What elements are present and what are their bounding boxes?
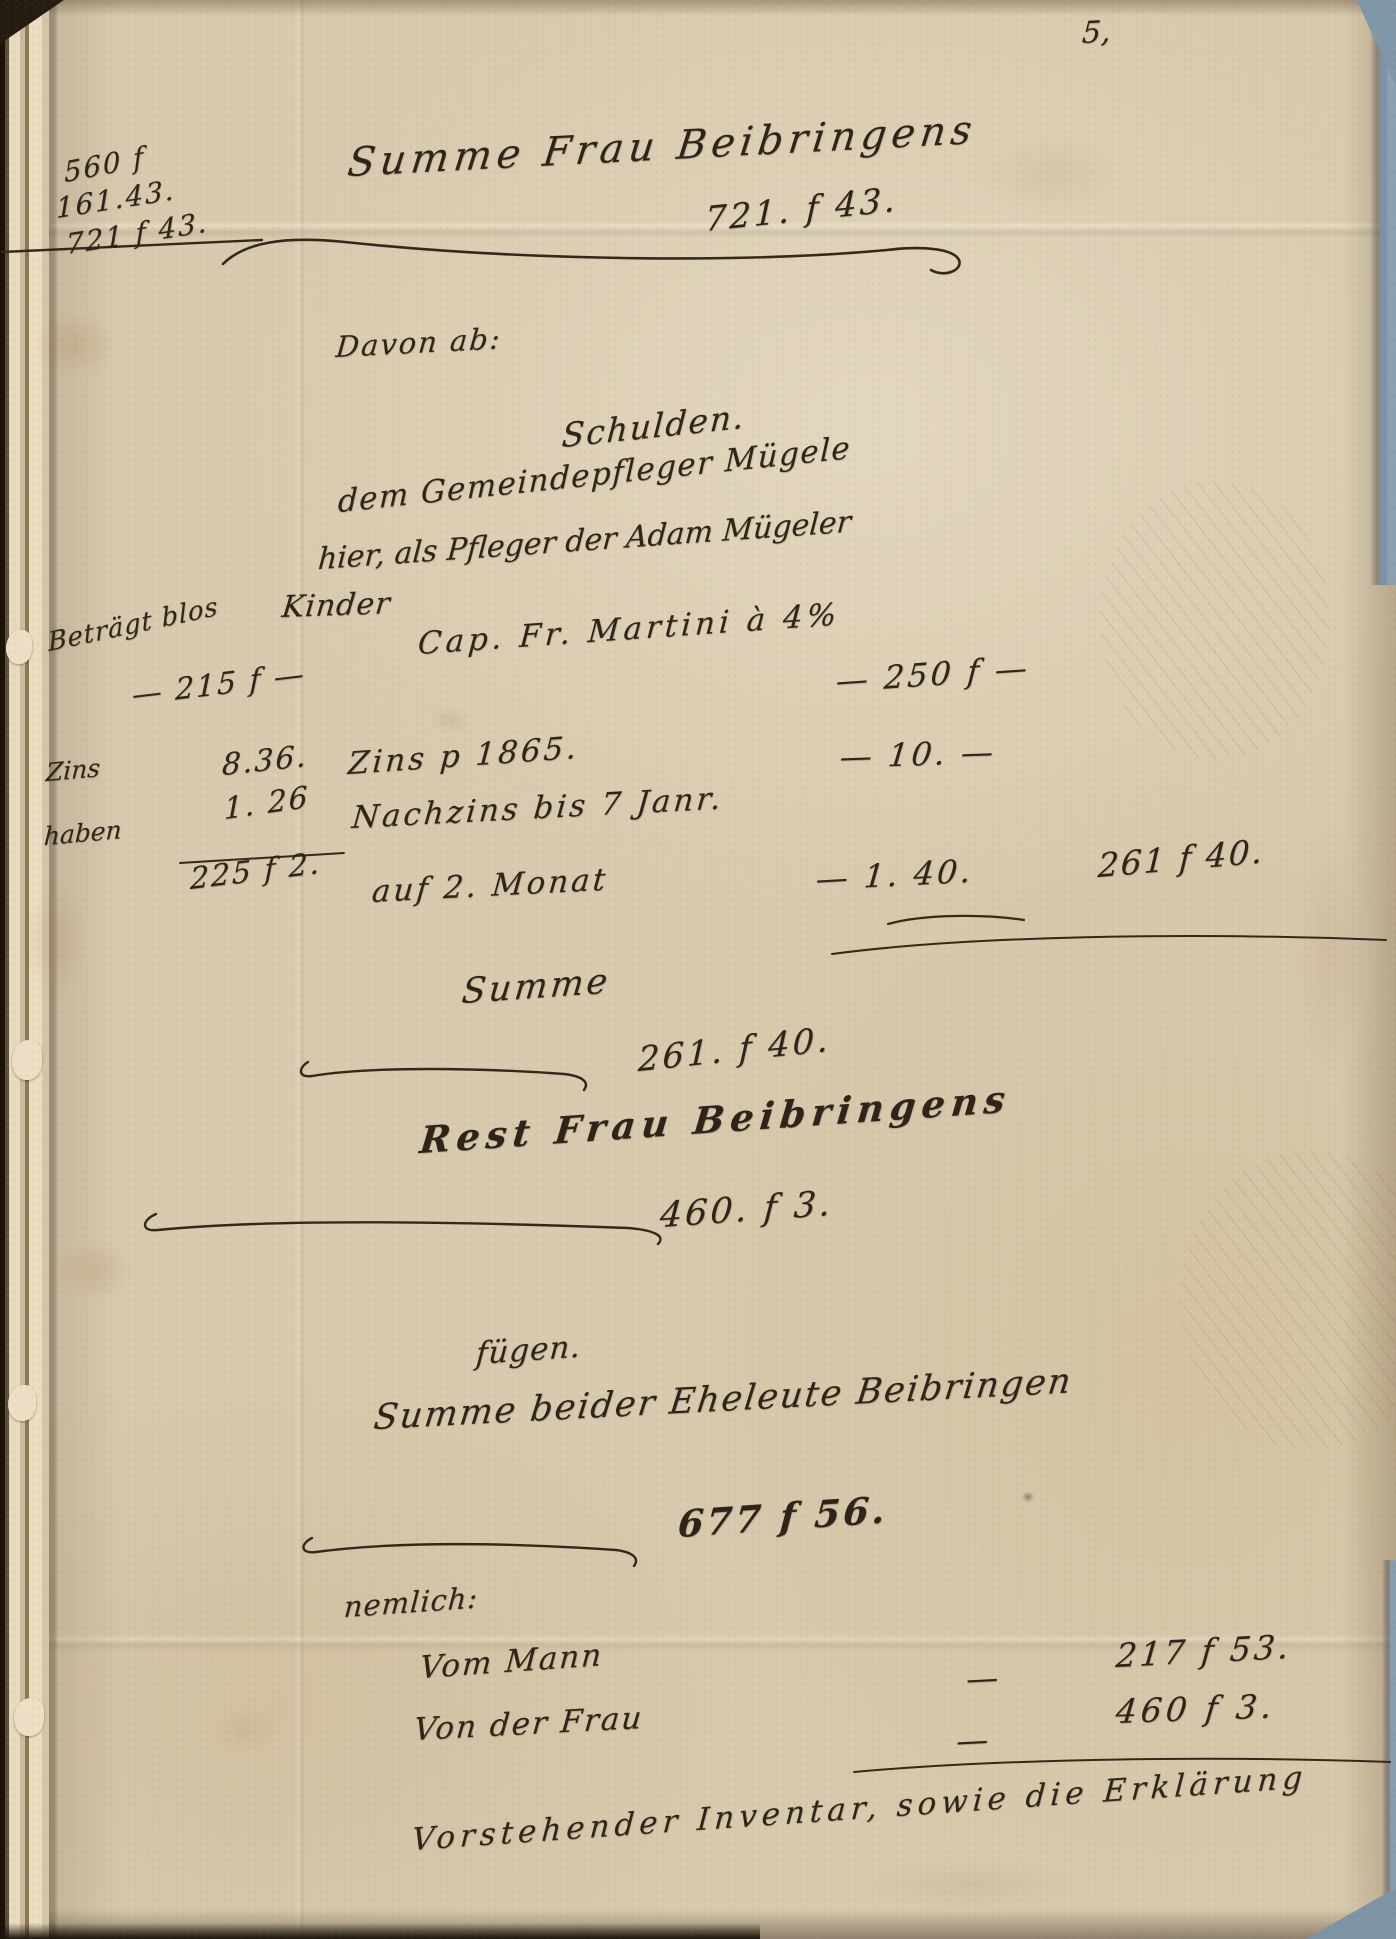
creditor-line-3: Kinder	[280, 586, 392, 625]
connector-word: fügen.	[475, 1329, 583, 1373]
debts-total-rule	[828, 926, 1393, 961]
grand-sum-flourish	[296, 1526, 646, 1571]
page-number: 5,	[1081, 14, 1111, 51]
entry-interest-amount: — 10. —	[838, 732, 998, 776]
sum-flourish	[292, 1048, 602, 1098]
margin-interest-label: Zins	[45, 753, 101, 787]
row-husband-dash: —	[965, 1658, 999, 1698]
heading-flourish	[215, 230, 985, 290]
manuscript-photo: 5, 560 f 161.43. 721 f 43. Summe Frau Be…	[0, 0, 1396, 1939]
rest-flourish	[138, 1202, 678, 1252]
row-wife-amount: 460 f 3.	[1114, 1686, 1278, 1731]
